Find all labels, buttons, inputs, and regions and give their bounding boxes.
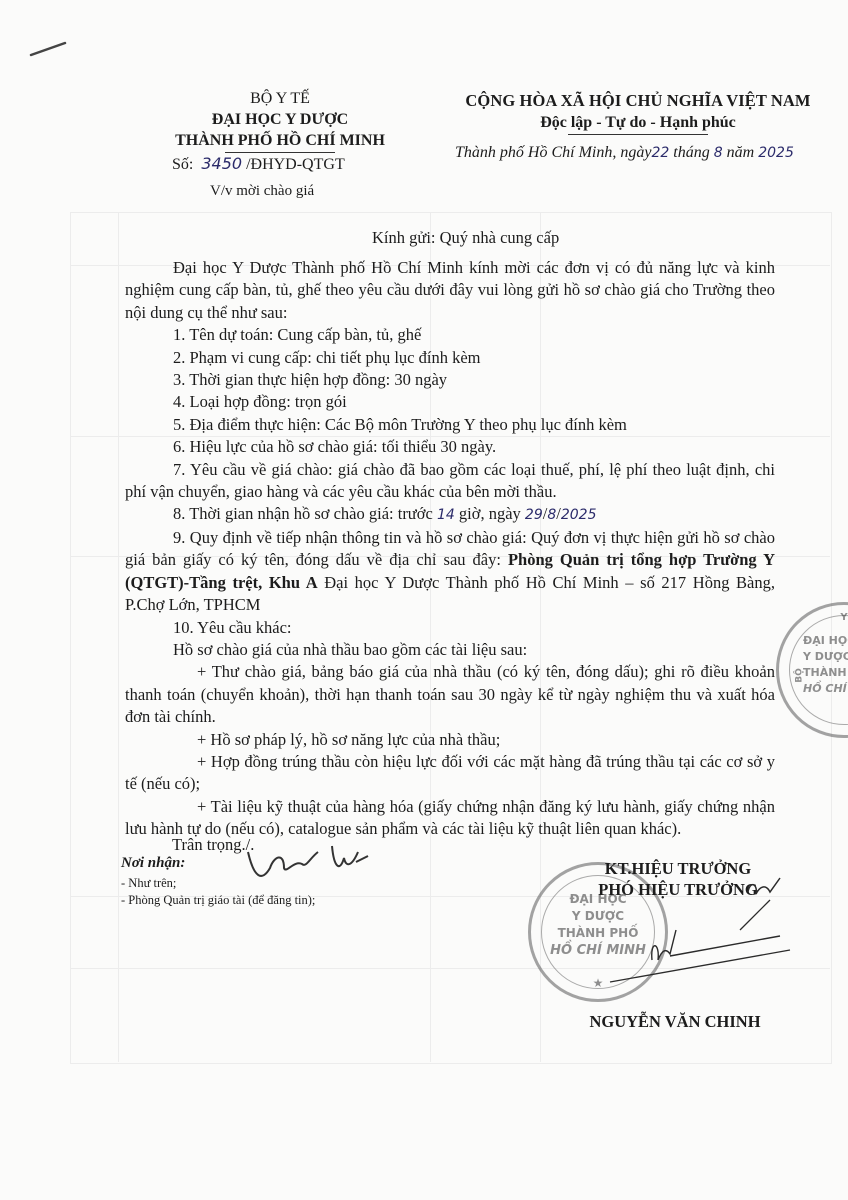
initials-signature [240, 838, 380, 888]
date-year-label: năm [727, 144, 755, 161]
signature [600, 870, 800, 990]
national-header: CỘNG HÒA XÃ HỘI CHỦ NGHĨA VIỆT NAM Độc l… [448, 90, 828, 135]
document-number: Số:3450/ĐHYD-QTGT [172, 154, 345, 174]
deadline-hour: 14 [437, 507, 455, 523]
signatory-name: NGUYỄN VĂN CHINH [555, 1012, 795, 1032]
university-name-line2: THÀNH PHỐ HỒ CHÍ MINH [130, 130, 430, 151]
pen-mark [25, 35, 75, 65]
item-10-title: 10. Yêu cầu khác: [125, 617, 775, 639]
requirement-3: + Hợp đồng trúng thầu còn hiệu lực đối v… [125, 751, 775, 796]
document-subject: V/v mời chào giá [210, 183, 314, 200]
item-9: 9. Quy định về tiếp nhận thông tin và hồ… [125, 527, 775, 617]
university-name-line1: ĐẠI HỌC Y DƯỢC [130, 109, 430, 130]
item-4: 4. Loại hợp đồng: trọn gói [125, 391, 775, 413]
deadline-year: 2025 [561, 507, 597, 523]
item-1: 1. Tên dự toán: Cung cấp bàn, tủ, ghế [125, 324, 775, 346]
date-month: 8 [714, 145, 723, 161]
national-motto: Độc lập - Tự do - Hạnh phúc [448, 112, 828, 134]
item-6: 6. Hiệu lực của hồ sơ chào giá: tối thiể… [125, 436, 775, 458]
item-3: 3. Thời gian thực hiện hợp đồng: 30 ngày [125, 369, 775, 391]
edge-stamp-line-1: ĐẠI HỌC [803, 633, 848, 649]
nation-title: CỘNG HÒA XÃ HỘI CHỦ NGHĨA VIỆT NAM [448, 90, 828, 112]
doc-number-handwritten: 3450 [201, 154, 242, 173]
edge-stamp-line-4: HỒ CHÍ MINH [803, 681, 848, 697]
doc-number-label: Số: [172, 156, 193, 173]
recipient-1: - Như trên; [121, 876, 176, 891]
header-underline [225, 152, 335, 153]
date-year: 2025 [758, 145, 794, 161]
deadline-month: 8 [547, 507, 556, 523]
date-prefix: Thành phố Hồ Chí Minh, ngày [455, 144, 651, 161]
requirement-4: + Tài liệu kỹ thuật của hàng hóa (giấy c… [125, 796, 775, 841]
item-8: 8. Thời gian nhận hồ sơ chào giá: trước … [125, 503, 775, 526]
recipient-2: - Phòng Quản trị giáo tài (để đăng tin); [121, 893, 315, 908]
item-2: 2. Phạm vi cung cấp: chi tiết phụ lục đí… [125, 347, 775, 369]
requirement-2: + Hồ sơ pháp lý, hồ sơ năng lực của nhà … [125, 729, 775, 751]
item-10-lead: Hồ sơ chào giá của nhà thầu bao gồm các … [125, 639, 775, 661]
edge-stamp-line-3: THÀNH PHỐ [803, 665, 848, 681]
motto-underline [568, 134, 708, 135]
deadline-day: 29 [525, 507, 543, 523]
edge-stamp-line-2: Y DƯỢC [803, 649, 848, 665]
requirement-1: + Thư chào giá, bảng báo giá của nhà thầ… [125, 661, 775, 728]
ministry-name: BỘ Y TẾ [130, 88, 430, 109]
item-8-prefix: 8. Thời gian nhận hồ sơ chào giá: trước [173, 504, 433, 523]
intro-paragraph: Đại học Y Dược Thành phố Hồ Chí Minh kín… [125, 257, 775, 324]
item-8-hour-suffix: giờ, ngày [459, 504, 521, 523]
letter-body: Đại học Y Dược Thành phố Hồ Chí Minh kín… [125, 257, 775, 841]
recipients-label: Nơi nhận: [121, 855, 185, 872]
doc-number-suffix: /ĐHYD-QTGT [246, 156, 345, 173]
issuer-block: BỘ Y TẾ ĐẠI HỌC Y DƯỢC THÀNH PHỐ HỒ CHÍ … [130, 88, 430, 153]
item-7: 7. Yêu cầu về giá chào: giá chào đã bao … [125, 459, 775, 504]
show-through-col [118, 212, 119, 1062]
date-month-label: tháng [673, 144, 709, 161]
date-line: Thành phố Hồ Chí Minh, ngày22 tháng 8 nă… [455, 144, 794, 162]
salutation: Kính gửi: Quý nhà cung cấp [372, 228, 559, 248]
date-day: 22 [651, 145, 669, 161]
edge-stamp-side-text: BỘ [792, 611, 809, 741]
item-5: 5. Địa điểm thực hiện: Các Bộ môn Trường… [125, 414, 775, 436]
edge-stamp-top-text: Y [779, 609, 848, 626]
